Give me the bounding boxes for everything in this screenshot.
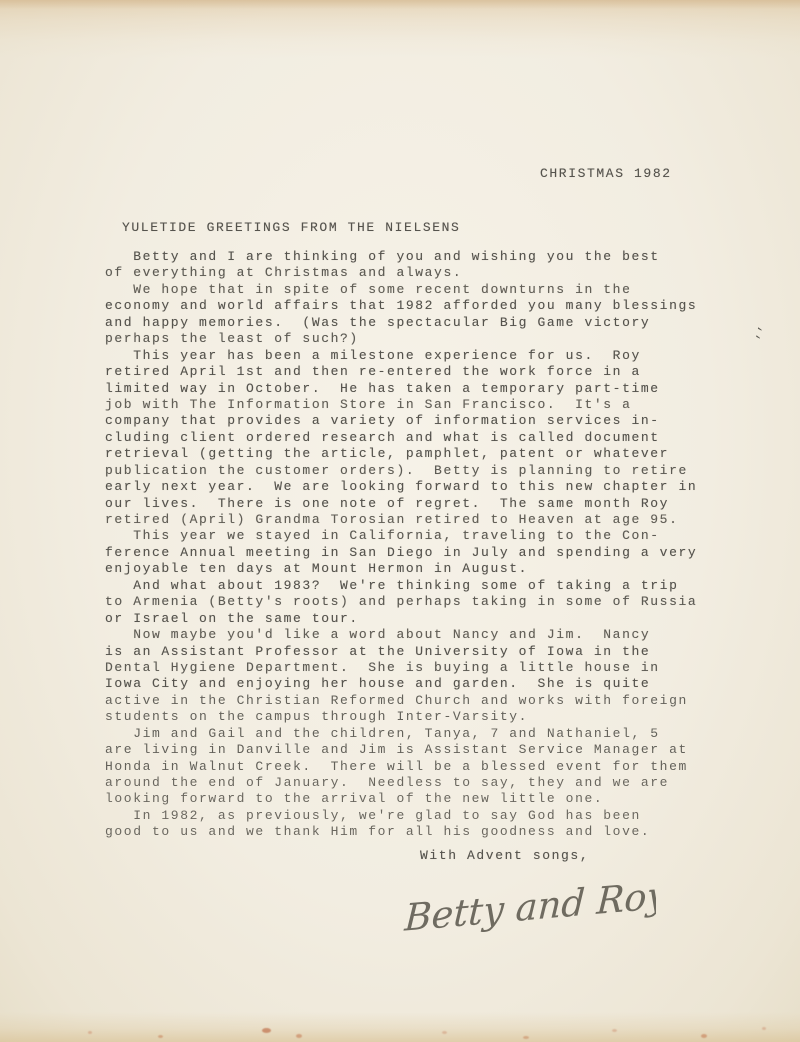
letter-line: retired April 1st and then re-entered th… bbox=[105, 364, 697, 380]
letter-line: This year has been a milestone experienc… bbox=[105, 348, 697, 364]
letter-line: students on the campus through Inter-Var… bbox=[105, 709, 697, 725]
signature-text: Betty and Roy bbox=[403, 872, 656, 939]
letter-line: active in the Christian Reformed Church … bbox=[105, 693, 697, 709]
letter-line: looking forward to the arrival of the ne… bbox=[105, 791, 697, 807]
letter-line: economy and world affairs that 1982 affo… bbox=[105, 298, 697, 314]
speckle bbox=[296, 1034, 302, 1038]
letter-line: are living in Danville and Jim is Assist… bbox=[105, 742, 697, 758]
letter-line: This year we stayed in California, trave… bbox=[105, 528, 697, 544]
letter-line: In 1982, as previously, we're glad to sa… bbox=[105, 808, 697, 824]
letter-line: job with The Information Store in San Fr… bbox=[105, 397, 697, 413]
letter-line: Jim and Gail and the children, Tanya, 7 … bbox=[105, 726, 697, 742]
letter-line: Betty and I are thinking of you and wish… bbox=[105, 249, 697, 265]
paper-bottom-edge bbox=[0, 1012, 800, 1042]
letter-line: Iowa City and enjoying her house and gar… bbox=[105, 676, 697, 692]
letter-title: YULETIDE GREETINGS FROM THE NIELSENS bbox=[122, 220, 460, 235]
letter-line: We hope that in spite of some recent dow… bbox=[105, 282, 697, 298]
speckle bbox=[262, 1028, 271, 1033]
speckle bbox=[762, 1027, 766, 1030]
letter-line: And what about 1983? We're thinking some… bbox=[105, 578, 697, 594]
letter-line: cluding client ordered research and what… bbox=[105, 430, 697, 446]
letter-line: early next year. We are looking forward … bbox=[105, 479, 697, 495]
letter-line: enjoyable ten days at Mount Hermon in Au… bbox=[105, 561, 697, 577]
letter-line: good to us and we thank Him for all his … bbox=[105, 824, 697, 840]
paper-top-edge bbox=[0, 0, 800, 58]
letter-line: retrieval (getting the article, pamphlet… bbox=[105, 446, 697, 462]
speckle bbox=[701, 1034, 707, 1038]
letter-line: retired (April) Grandma Torosian retired… bbox=[105, 512, 697, 528]
letter-line: company that provides a variety of infor… bbox=[105, 413, 697, 429]
signature-handwriting: Betty and Roy bbox=[396, 872, 656, 962]
letter-line: of everything at Christmas and always. bbox=[105, 265, 697, 281]
speckle bbox=[612, 1029, 617, 1032]
letter-page: CHRISTMAS 1982 YULETIDE GREETINGS FROM T… bbox=[0, 0, 800, 1042]
letter-line: and happy memories. (Was the spectacular… bbox=[105, 315, 697, 331]
letter-body: Betty and I are thinking of you and wish… bbox=[105, 249, 697, 841]
letter-line: publication the customer orders). Betty … bbox=[105, 463, 697, 479]
letter-line: Honda in Walnut Creek. There will be a b… bbox=[105, 759, 697, 775]
letter-line: our lives. There is one note of regret. … bbox=[105, 496, 697, 512]
letter-line: to Armenia (Betty's roots) and perhaps t… bbox=[105, 594, 697, 610]
signature-svg: Betty and Roy bbox=[396, 872, 656, 962]
letter-line: ference Annual meeting in San Diego in J… bbox=[105, 545, 697, 561]
closing-line: With Advent songs, bbox=[420, 848, 589, 863]
letter-line: Dental Hygiene Department. She is buying… bbox=[105, 660, 697, 676]
speckle bbox=[88, 1031, 92, 1034]
speckle bbox=[158, 1035, 163, 1038]
speckle bbox=[523, 1036, 529, 1039]
date-heading: CHRISTMAS 1982 bbox=[540, 166, 672, 181]
letter-line: perhaps the least of such?) bbox=[105, 331, 697, 347]
letter-line: around the end of January. Needless to s… bbox=[105, 775, 697, 791]
ink-mark: ,, bbox=[748, 322, 765, 341]
speckle bbox=[442, 1031, 447, 1034]
letter-line: is an Assistant Professor at the Univers… bbox=[105, 644, 697, 660]
letter-line: Now maybe you'd like a word about Nancy … bbox=[105, 627, 697, 643]
letter-line: or Israel on the same tour. bbox=[105, 611, 697, 627]
letter-line: limited way in October. He has taken a t… bbox=[105, 381, 697, 397]
